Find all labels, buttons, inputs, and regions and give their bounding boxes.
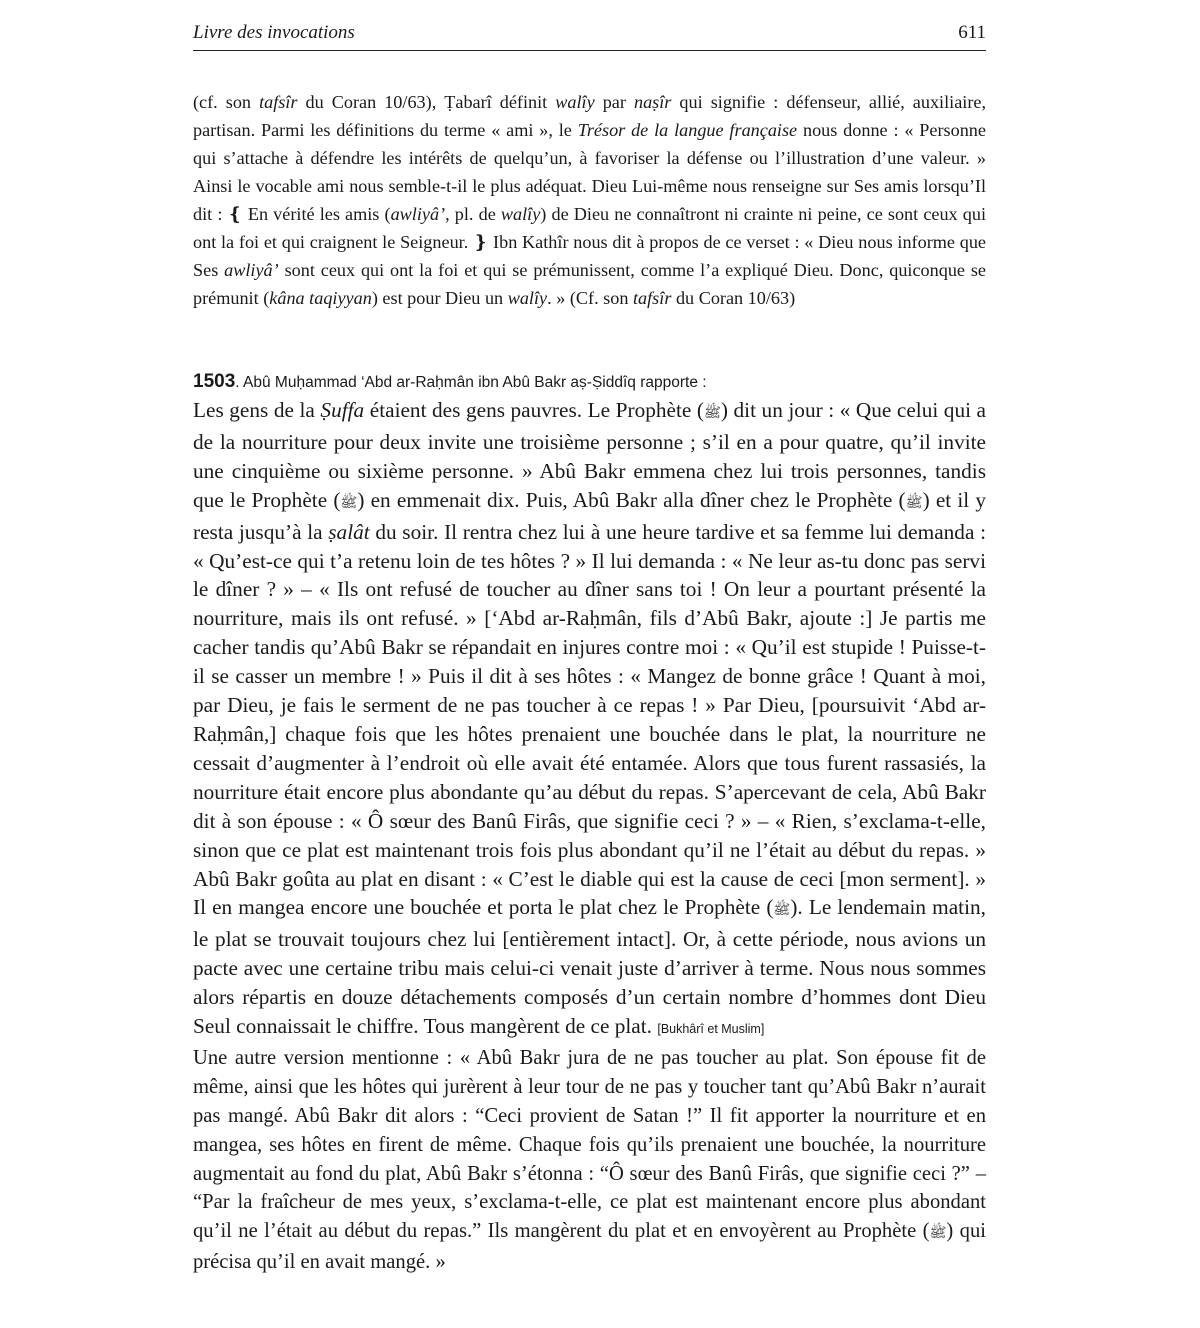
italic-term: tafsîr	[633, 288, 671, 308]
hadith-number: 1503	[193, 371, 235, 392]
saw-ligature-icon: ﷺ	[930, 1225, 947, 1241]
hadith-body: Les gens de la Ṣuffa étaient des gens pa…	[193, 396, 986, 1277]
text: . » (Cf. son	[547, 288, 633, 308]
hadith-heading: 1503. Abû Muḥammad ‘Abd ar-Raḥmân ibn Ab…	[193, 370, 986, 395]
text: , pl. de	[445, 204, 501, 224]
italic-term: kâna taqiyyan	[269, 288, 372, 308]
alternate-version: Une autre version mentionne : « Abû Bakr…	[193, 1044, 986, 1277]
hadith-narrator: . Abû Muḥammad ‘Abd ar-Raḥmân ibn Abû Ba…	[235, 374, 706, 391]
text: étaient des gens pauvres. Le Prophète (	[364, 398, 704, 422]
italic-term: awliyâ’	[224, 260, 279, 280]
quran-close-bracket-icon: ❵	[473, 232, 488, 252]
text: par	[595, 92, 634, 112]
italic-term: awliyâ’	[391, 204, 446, 224]
text: Les gens de la	[193, 398, 320, 422]
page-number: 611	[958, 22, 986, 44]
italic-term: naṣîr	[634, 92, 671, 112]
italic-title: Trésor de la langue française	[578, 120, 797, 140]
text: du Coran 10/63)	[671, 288, 795, 308]
saw-ligature-icon: ﷺ	[906, 495, 923, 511]
saw-ligature-icon: ﷺ	[704, 405, 721, 421]
italic-term: walîy	[508, 288, 547, 308]
italic-term: Ṣuffa	[320, 398, 364, 422]
hadith-main-text: Les gens de la Ṣuffa étaient des gens pa…	[193, 396, 986, 1044]
text: (cf. son	[193, 92, 259, 112]
italic-term: tafsîr	[259, 92, 297, 112]
text: du soir. Il rentra chez lui à une heure …	[193, 520, 986, 920]
commentary-paragraph: (cf. son tafsîr du Coran 10/63), Ṭabarî …	[193, 88, 986, 312]
saw-ligature-icon: ﷺ	[773, 902, 790, 918]
italic-term: walîy	[555, 92, 594, 112]
running-header: Livre des invocations 611	[193, 20, 986, 51]
hadith-source: [Bukhârî et Muslim]	[657, 1022, 764, 1036]
text: ) est pour Dieu un	[372, 288, 508, 308]
text: du Coran 10/63), Ṭabarî définit	[297, 92, 555, 112]
text: En vérité les amis (	[243, 204, 391, 224]
quran-open-bracket-icon: ❴	[228, 204, 243, 224]
running-title: Livre des invocations	[193, 22, 355, 44]
text: ) en emmenait dix. Puis, Abû Bakr alla d…	[357, 488, 905, 512]
saw-ligature-icon: ﷺ	[340, 495, 357, 511]
text: Une autre version mentionne : « Abû Bakr…	[193, 1047, 986, 1242]
italic-term: ṣalât	[328, 520, 369, 544]
italic-term: walîy	[501, 204, 540, 224]
